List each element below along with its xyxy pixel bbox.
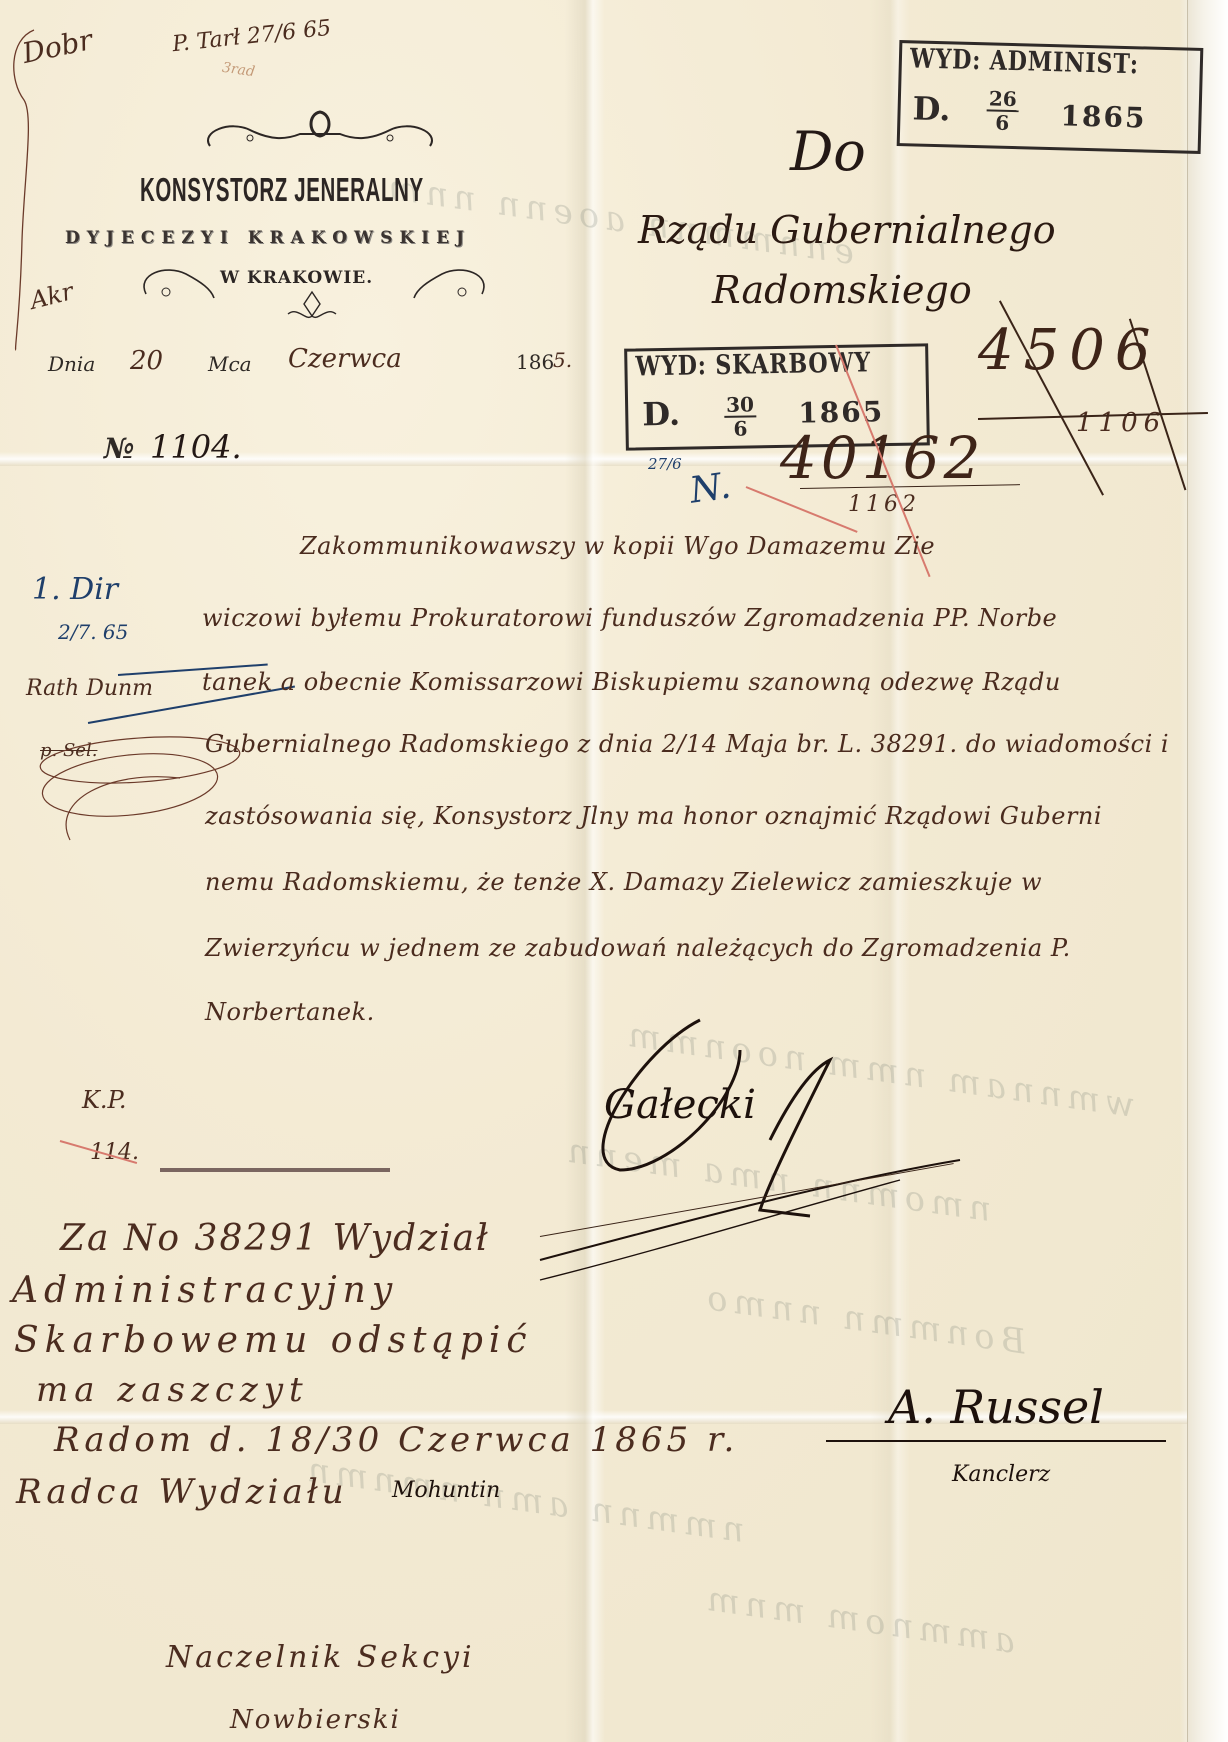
stamp-year: 1865 bbox=[1060, 99, 1147, 134]
endorsement-signature: Mohuntin bbox=[392, 1478, 500, 1503]
signature-chancellor: A. Russel bbox=[888, 1380, 1104, 1434]
endorsement-line: Radca Wydziału bbox=[16, 1472, 348, 1512]
endorsement-line: Administracyjny bbox=[12, 1270, 398, 1311]
margin-note-rath: Rath Dunm bbox=[26, 676, 153, 701]
addressee-to: Do bbox=[790, 120, 866, 183]
received-note: P. Tarł 27/6 65 bbox=[171, 16, 332, 58]
stamp-title: WYD: SKARBOWY bbox=[635, 347, 871, 382]
paper-edge bbox=[1187, 0, 1228, 1742]
date-day: 20 bbox=[130, 346, 163, 376]
ornament-top-icon bbox=[190, 112, 450, 152]
endorsement-line: Za No 38291 Wydział bbox=[60, 1218, 490, 1259]
date-year-prefix: 186 bbox=[516, 350, 554, 374]
signature-underline bbox=[826, 1440, 1166, 1442]
stamp-title: WYD: ADMINIST: bbox=[910, 43, 1140, 80]
stamp-month: 6 bbox=[724, 417, 756, 440]
letterhead-city: W KRAKOWIE. bbox=[220, 268, 373, 288]
endorsement-line: Radom d. 18/30 Czerwca 1865 r. bbox=[54, 1420, 738, 1460]
stamp-date-fraction: 26 6 bbox=[986, 87, 1019, 134]
date-month: Czerwca bbox=[288, 344, 402, 374]
body-line: Norbertanek. bbox=[205, 998, 375, 1026]
signature-main: Gałecki bbox=[604, 1082, 756, 1128]
faint-note: 3rad bbox=[221, 60, 256, 80]
body-line: zastósowania się, Konsystorz Jlny ma hon… bbox=[205, 802, 1102, 830]
chancellor-title: Kanclerz bbox=[952, 1462, 1050, 1487]
endorsement-kp: K.P. bbox=[82, 1086, 126, 1114]
stamp-letter: D. bbox=[912, 89, 951, 128]
ornament-center-icon bbox=[282, 292, 342, 332]
endorsement-line: ma zaszczyt bbox=[36, 1370, 309, 1410]
body-line: wiczowi byłemu Prokuratorowi funduszów Z… bbox=[202, 604, 1057, 632]
body-line: Zakommunikowawszy w kopii Wgo Damazemu Z… bbox=[300, 532, 935, 560]
date-day-label: Dnia bbox=[48, 352, 95, 376]
bleed-through-text: Bonmmn nnmo bbox=[699, 1277, 1028, 1362]
date-month-label: Mca bbox=[208, 352, 252, 376]
reference-middle-sub: 1162 bbox=[848, 492, 920, 517]
stamp-letter: D. bbox=[642, 395, 680, 434]
body-line: Gubernialnego Radomskiego z dnia 2/14 Ma… bbox=[205, 730, 1169, 758]
document-page: ennmmnn aoenn nnm wmnnam nmm noonmm nmom… bbox=[0, 0, 1228, 1742]
body-line: nemu Radomskiemu, że tenże X. Damazy Zie… bbox=[205, 868, 1042, 896]
footer-line1: Naczelnik Sekcyi bbox=[166, 1640, 475, 1675]
addressee-line1: Rządu Gubernialnego bbox=[638, 208, 1056, 252]
letterhead-title: KONSYSTORZ JENERALNY bbox=[140, 171, 424, 209]
stamp-note-below: 27/6 bbox=[648, 455, 682, 473]
dash-stroke bbox=[160, 1168, 390, 1172]
endorsement-line: Skarbowemu odstąpić bbox=[14, 1320, 533, 1361]
number-label: № bbox=[104, 432, 134, 465]
stamp-date-fraction: 30 6 bbox=[724, 393, 757, 440]
signature-flourish-icon bbox=[540, 1020, 960, 1280]
ornament-right-icon bbox=[412, 264, 492, 300]
footer-line2: Nowbierski bbox=[230, 1705, 401, 1735]
body-line: Zwierzyńcu w jednem ze zabudowań należąc… bbox=[205, 934, 1071, 962]
letterhead-subtitle: DYJECEZYI KRAKOWSKIEJ bbox=[65, 228, 471, 248]
number-value: 1104. bbox=[150, 428, 242, 466]
stamp-day: 30 bbox=[724, 393, 756, 418]
margin-note-dir: 1. Dir bbox=[32, 572, 118, 607]
red-pencil-stroke bbox=[746, 486, 858, 533]
stamp-wyd-administ: WYD: ADMINIST: D. 26 6 1865 bbox=[897, 40, 1204, 154]
bleed-through-text: ammnom mnm bbox=[699, 1578, 1018, 1662]
bleed-through-text: nmmnn amn nmnmn bbox=[299, 1449, 747, 1551]
ornament-left-icon bbox=[136, 264, 216, 300]
margin-note-date: 2/7. 65 bbox=[58, 620, 128, 644]
body-line: tanek a obecnie Komissarzowi Biskupiemu … bbox=[202, 668, 1061, 696]
stamp-month: 6 bbox=[986, 111, 1018, 134]
check-mark: N. bbox=[687, 465, 733, 511]
date-year-suffix: 5. bbox=[553, 348, 572, 372]
stamp-day: 26 bbox=[987, 87, 1019, 112]
addressee-line2: Radomskiego bbox=[712, 268, 972, 312]
